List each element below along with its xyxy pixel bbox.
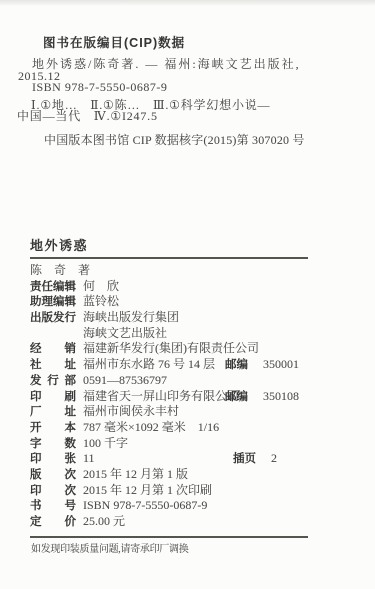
cip-record-number: 中国版本图书馆 CIP 数据核字(2015)第 307020 号 xyxy=(44,134,305,148)
cip-isbn: ISBN 978-7-5550-0687-9 xyxy=(32,81,167,95)
spec-row: 印张 11 插页 2 xyxy=(30,451,330,467)
spec-row: 责任编辑 何 欣 xyxy=(30,279,330,295)
divider-top xyxy=(30,257,308,259)
quality-notice: 如发现印装质量问题,请寄承印厂调换 xyxy=(31,544,188,556)
spec-label: 定价 xyxy=(30,515,76,531)
cip-entry-line1: 地外诱惑/陈奇著. — 福州:海峡文艺出版社, xyxy=(32,58,301,72)
spec-row: 印刷 福建省天一屏山印务有限公司 邮编 350108 xyxy=(30,389,330,405)
spec-value: 何 欣 xyxy=(83,279,119,295)
cip-heading: 图书在版编目(CIP)数据 xyxy=(43,36,185,50)
spec-value: 福建新华发行(集团)有限责任公司 xyxy=(83,341,259,357)
copyright-page: 图书在版编目(CIP)数据 地外诱惑/陈奇著. — 福州:海峡文艺出版社, 20… xyxy=(0,0,375,589)
author-row: 陈 奇 著 xyxy=(30,263,330,279)
insert-pages-label: 插页 xyxy=(233,452,260,468)
spec-value: 蓝铃松 xyxy=(83,294,119,310)
spec-value: 福州市闽侯永丰村 xyxy=(83,404,179,420)
spec-row: 经销 福建新华发行(集团)有限责任公司 xyxy=(30,341,330,357)
cip-classification-line2: 中国—当代 Ⅳ.①I247.5 xyxy=(17,110,158,124)
spec-row: 开本 787 毫米×1092 毫米 1/16 xyxy=(30,420,330,436)
spec-label: 版次 xyxy=(30,468,76,484)
author-name: 陈 奇 著 xyxy=(30,263,90,279)
spec-label: 助理编辑 xyxy=(30,295,76,311)
spec-label: 厂址 xyxy=(30,405,76,421)
spec-value: 25.00 元 xyxy=(83,514,125,530)
postcode-pair: 邮编 350108 xyxy=(225,389,299,406)
spec-value: 100 千字 xyxy=(83,436,128,452)
spec-value: 海峡文艺出版社 xyxy=(83,326,167,342)
spec-label: 印张 xyxy=(30,452,76,468)
insert-pages-value: 2 xyxy=(271,451,277,467)
spec-row: 出版发行 海峡出版发行集团 xyxy=(30,310,330,326)
spec-row: 助理编辑 蓝铃松 xyxy=(30,294,330,310)
spec-row: 发行部 0591—87536797 xyxy=(30,373,330,389)
publication-details: 陈 奇 著 责任编辑 何 欣 助理编辑 蓝铃松 出版发行 海峡出版发行集团 海峡… xyxy=(30,263,330,530)
spec-row: 书号 ISBN 978-7-5550-0687-9 xyxy=(30,498,330,514)
spec-label: 经销 xyxy=(30,342,76,358)
spec-value: 2015 年 12 月第 1 次印刷 xyxy=(83,483,212,499)
spec-row: 社址 福州市东水路 76 号 14 层 邮编 350001 xyxy=(30,357,330,373)
postcode-label: 邮编 xyxy=(225,390,252,406)
spec-row: 定价 25.00 元 xyxy=(30,514,330,530)
spec-row: 版次 2015 年 12 月第 1 版 xyxy=(30,467,330,483)
spec-value: 2015 年 12 月第 1 版 xyxy=(83,467,188,483)
postcode-value: 350108 xyxy=(263,389,299,405)
spec-label: 发行部 xyxy=(30,374,76,390)
insert-pages-pair: 插页 2 xyxy=(233,451,277,468)
spec-row: 印次 2015 年 12 月第 1 次印刷 xyxy=(30,483,330,499)
spec-value: 787 毫米×1092 毫米 1/16 xyxy=(83,420,219,436)
spec-value: 海峡出版发行集团 xyxy=(83,310,179,326)
postcode-value: 350001 xyxy=(263,357,299,373)
spec-label: 字数 xyxy=(30,437,76,453)
book-title: 地外诱惑 xyxy=(30,239,88,254)
divider-bottom xyxy=(30,536,308,538)
spec-row: 字数 100 千字 xyxy=(30,436,330,452)
spec-value: 0591—87536797 xyxy=(83,373,167,389)
spec-label: 社址 xyxy=(30,358,76,374)
spec-value: ISBN 978-7-5550-0687-9 xyxy=(83,498,207,514)
postcode-label: 邮编 xyxy=(225,358,252,374)
spec-label: 印次 xyxy=(30,484,76,500)
spec-label: 印刷 xyxy=(30,390,76,406)
spec-row-continuation: 海峡文艺出版社 xyxy=(30,326,330,342)
spec-value: 福州市东水路 76 号 14 层 xyxy=(83,357,215,373)
spec-value: 福建省天一屏山印务有限公司 xyxy=(83,389,239,405)
spec-label: 责任编辑 xyxy=(30,280,76,296)
spec-label: 书号 xyxy=(30,499,76,515)
spec-label: 开本 xyxy=(30,421,76,437)
spec-row: 厂址 福州市闽侯永丰村 xyxy=(30,404,330,420)
postcode-pair: 邮编 350001 xyxy=(225,357,299,374)
spec-value: 11 xyxy=(83,451,95,467)
spec-label: 出版发行 xyxy=(30,311,76,327)
